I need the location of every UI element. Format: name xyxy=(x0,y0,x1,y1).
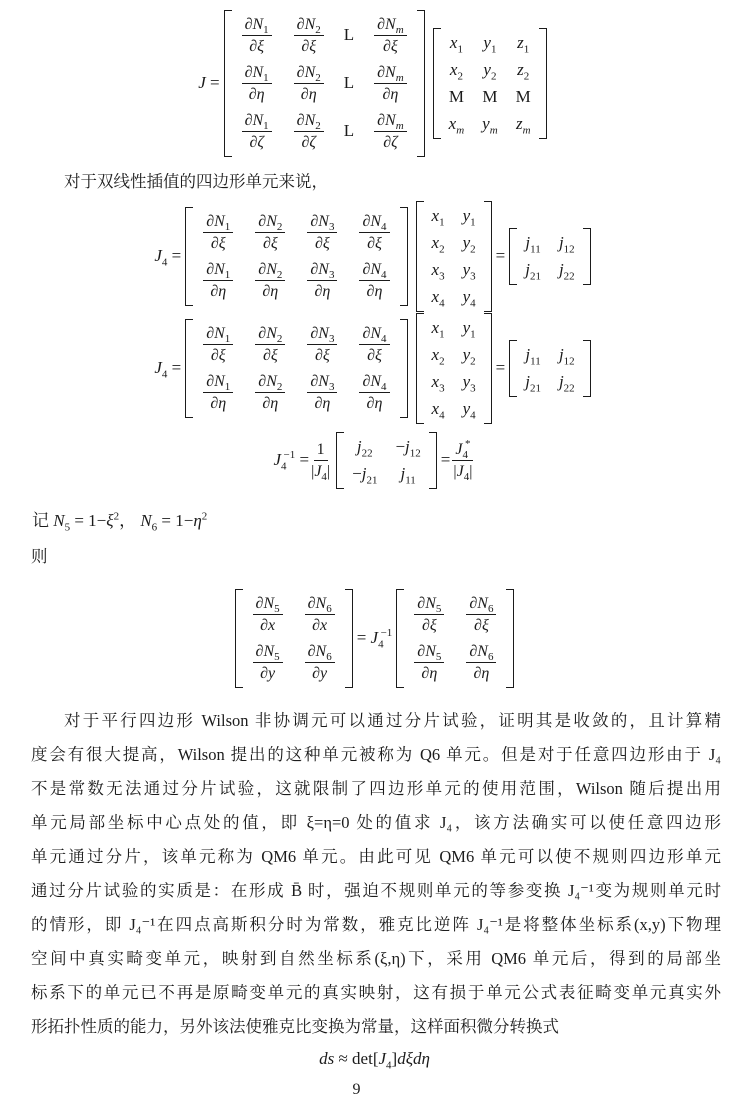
equation-jacobian-general: J = ∂N1∂ξ∂N2∂ξL∂Nm∂ξ∂N1∂η∂N2∂ηL∂Nm∂η∂N1∂… xyxy=(0,2,749,164)
subscript: 1 xyxy=(263,24,269,36)
fraction: ∂N3∂η xyxy=(307,260,337,301)
matrix-cell: ∂N2∂η xyxy=(253,260,287,301)
matrix-cell: ∂N4∂ξ xyxy=(357,212,391,253)
math-token: L xyxy=(344,25,354,44)
math-run: = xyxy=(441,450,451,470)
matrix: x1y1z1x2y2z2MMMxmymzm xyxy=(433,28,547,139)
definition-n5-n6: 记 N5 = 1−ξ2， N6 = 1−η2 xyxy=(0,496,749,540)
left-bracket xyxy=(509,228,517,285)
math-token: = xyxy=(496,358,506,377)
subscript: 5 xyxy=(274,603,280,615)
matrix-cell: ∂N3∂ξ xyxy=(305,212,339,253)
matrix-cell: y1 xyxy=(463,318,476,338)
right-bracket xyxy=(400,319,408,418)
paragraph-line: 形拓扑性质的能力，另外该法使雅克比变换为常量，这样面积微分转换式 xyxy=(31,1010,721,1044)
fraction: ∂N6∂x xyxy=(305,594,335,635)
body-paragraph: 对于平行四边形 Wilson 非协调元可以通过分片试验，证明其是收敛的，且计算精… xyxy=(0,704,749,1044)
math-token: ∂N xyxy=(310,373,329,390)
math-token: ∂N xyxy=(245,112,264,129)
matrix-cell: z2 xyxy=(517,60,529,80)
subscript: 3 xyxy=(329,269,335,281)
matrix-cell: ∂N2∂ζ xyxy=(292,111,326,152)
fraction: ∂N6∂ξ xyxy=(466,594,496,635)
subscript: 2 xyxy=(277,269,283,281)
subscript: 6 xyxy=(326,603,332,615)
math-token: ∂N xyxy=(258,325,277,342)
math-token: ∂ξ xyxy=(249,38,264,55)
math-token: ∂N xyxy=(245,64,264,81)
subscript: m xyxy=(456,124,464,136)
math-token: ∂ζ xyxy=(383,134,397,151)
equation-j4-expansion-1: J4 = ∂N1∂ξ∂N2∂ξ∂N3∂ξ∂N4∂ξ∂N1∂η∂N2∂η∂N3∂η… xyxy=(0,200,749,312)
right-bracket xyxy=(583,228,591,285)
math-token: ∂y xyxy=(312,665,327,682)
subscript: 1 xyxy=(470,328,476,340)
math-token: z xyxy=(516,114,523,133)
matrix-cell: M xyxy=(516,87,531,107)
right-bracket xyxy=(417,10,425,157)
matrix-cell: ∂N4∂η xyxy=(357,260,391,301)
math-run: 记 N5 = 1−ξ2， N6 = 1−η2 xyxy=(32,506,207,531)
right-bracket xyxy=(345,589,353,688)
matrix-cell: y4 xyxy=(463,287,476,307)
subscript: 1 xyxy=(263,120,269,132)
math-token: = xyxy=(167,358,181,377)
equation-area-differential: ds ≈ det[J4]dξdη xyxy=(0,1044,749,1074)
math-token: ∂ζ xyxy=(302,134,316,151)
fraction: ∂N5∂x xyxy=(253,594,283,635)
matrix-cell: j11 xyxy=(525,345,540,365)
subscript: 1 xyxy=(225,381,231,393)
matrix-cell: ∂N5∂x xyxy=(251,594,285,635)
math-token: ∂η xyxy=(249,86,265,103)
fraction: 1|J4| xyxy=(311,440,330,481)
math-token: M xyxy=(516,87,531,106)
math-token: ∂η xyxy=(210,283,226,300)
math-token: y xyxy=(483,33,491,52)
subscript: 22 xyxy=(362,447,373,459)
matrix-cell: y3 xyxy=(463,372,476,392)
math-token: y xyxy=(463,345,471,364)
subscript: 2 xyxy=(277,333,283,345)
math-token: ∂N xyxy=(469,643,488,660)
math-run: J = xyxy=(198,73,219,93)
superscript: 2 xyxy=(202,510,208,522)
matrix-cell: x4 xyxy=(432,287,445,307)
subscript: m xyxy=(396,120,404,132)
subscript: 21 xyxy=(530,270,541,282)
equation-j4-expansion-2: J4 = ∂N1∂ξ∂N2∂ξ∂N3∂ξ∂N4∂ξ∂N1∂η∂N2∂η∂N3∂η… xyxy=(0,312,749,424)
matrix-cell: ∂N2∂η xyxy=(253,372,287,413)
math-token: x xyxy=(432,399,440,418)
math-token: ∂N xyxy=(297,112,316,129)
fraction: ∂Nm∂ζ xyxy=(374,111,407,152)
subscript: 4 xyxy=(381,333,387,345)
matrix: j11j12j21j22 xyxy=(509,228,590,285)
matrix-cell: ∂N6∂η xyxy=(464,642,498,683)
fraction: ∂N1∂ξ xyxy=(242,15,272,56)
matrix-cell: zm xyxy=(516,114,531,134)
matrix-cell: y1 xyxy=(483,33,496,53)
matrix-cell: y2 xyxy=(463,233,476,253)
math-token: ∂ξ xyxy=(474,617,489,634)
matrix-cell: ∂N5∂η xyxy=(412,642,446,683)
math-run: J4−1 = xyxy=(274,450,310,470)
math-token: J xyxy=(154,358,162,377)
math-token: z xyxy=(517,60,524,79)
superscript: −1 xyxy=(284,449,296,461)
matrix-cell: ∂N2∂ξ xyxy=(292,15,326,56)
math-token: ∂N xyxy=(362,261,381,278)
math-token: ∂N xyxy=(310,325,329,342)
matrix: ∂N1∂ξ∂N2∂ξ∂N3∂ξ∂N4∂ξ∂N1∂η∂N2∂η∂N3∂η∂N4∂η xyxy=(185,207,407,306)
subscript: 3 xyxy=(329,221,335,233)
right-bracket xyxy=(583,340,591,397)
matrix-cell: j11 xyxy=(525,233,540,253)
math-token: ∂N xyxy=(310,213,329,230)
math-token: y xyxy=(463,233,471,252)
matrix-cell: j22 xyxy=(559,372,575,392)
math-token: ∂ξ xyxy=(383,38,398,55)
math-token: L xyxy=(344,121,354,140)
matrix-cell: x2 xyxy=(432,233,445,253)
subscript: 1 xyxy=(225,333,231,345)
matrix-cell: ∂N2∂ξ xyxy=(253,324,287,365)
math-token: y xyxy=(463,260,471,279)
matrix-cell: j22 xyxy=(357,437,373,457)
subscript: 12 xyxy=(564,355,575,367)
left-bracket xyxy=(416,313,424,424)
math-token: ∂N xyxy=(206,325,225,342)
subscript: 4 xyxy=(462,449,468,461)
then-word: 则 xyxy=(0,540,749,574)
math-run: J4 = xyxy=(154,358,181,378)
math-token: ∂N xyxy=(310,261,329,278)
math-token: ∂ξ xyxy=(315,347,330,364)
math-token: y xyxy=(463,318,471,337)
math-token: − xyxy=(352,464,362,483)
math-token: ∂η xyxy=(314,283,330,300)
matrix-cell: z1 xyxy=(517,33,529,53)
subscript: 4 xyxy=(470,297,476,309)
subscript: 2 xyxy=(277,381,283,393)
fraction: ∂N6∂y xyxy=(305,642,335,683)
math-token: J xyxy=(371,628,379,647)
left-bracket xyxy=(235,589,243,688)
fraction: ∂N2∂ξ xyxy=(294,15,324,56)
superscript: −1 xyxy=(381,627,393,639)
matrix-cell: x3 xyxy=(432,372,445,392)
matrix-cell: ∂N5∂y xyxy=(251,642,285,683)
subscript: 5 xyxy=(274,651,280,663)
math-token: M xyxy=(449,87,464,106)
fraction: ∂N2∂η xyxy=(255,372,285,413)
math-token: det xyxy=(352,1049,373,1068)
fraction: ∂N1∂η xyxy=(203,260,233,301)
math-token: ∂η xyxy=(301,86,317,103)
matrix-cell: ∂N6∂ξ xyxy=(464,594,498,635)
subscript: 2 xyxy=(315,120,321,132)
subscript: m xyxy=(396,24,404,36)
intro-sentence: 对于双线性插值的四边形单元来说， xyxy=(0,164,749,200)
subscript: 3 xyxy=(329,333,335,345)
fraction: ∂N2∂ξ xyxy=(255,324,285,365)
subscript: 4 xyxy=(281,460,287,472)
matrix-cell: ∂N1∂η xyxy=(240,63,274,104)
subscript: 1 xyxy=(524,43,530,55)
left-bracket xyxy=(224,10,232,157)
matrix-cell: y2 xyxy=(463,345,476,365)
left-bracket xyxy=(433,28,441,139)
matrix-cell: ∂N1∂ξ xyxy=(240,15,274,56)
paragraph-line: 通过分片试验的实质是：在形成 B̄ 时，强迫不规则单元的等参变换 J₄⁻¹变为规… xyxy=(31,874,721,908)
math-token: ， xyxy=(119,511,140,530)
fraction: ∂N5∂y xyxy=(253,642,283,683)
math-token: ∂ξ xyxy=(367,347,382,364)
fraction: ∂N4∂ξ xyxy=(359,212,389,253)
subscript: 2 xyxy=(315,24,321,36)
math-token: N xyxy=(140,511,151,530)
math-token: M xyxy=(482,87,497,106)
subscript: 2 xyxy=(457,70,463,82)
subscript: 4 xyxy=(378,638,384,650)
subscript: 1 xyxy=(263,72,269,84)
matrix-cell: ∂N5∂ξ xyxy=(412,594,446,635)
math-token: ∂η xyxy=(210,395,226,412)
math-token: ∂N xyxy=(258,373,277,390)
fraction: ∂N1∂η xyxy=(242,63,272,104)
math-token: y xyxy=(463,372,471,391)
matrix: ∂N5∂ξ∂N6∂ξ∂N5∂η∂N6∂η xyxy=(396,589,514,688)
left-bracket xyxy=(396,589,404,688)
math-token: ∂N xyxy=(362,213,381,230)
fraction: ∂N1∂ξ xyxy=(203,324,233,365)
matrix-cell: ∂N2∂ξ xyxy=(253,212,287,253)
subscript: 1 xyxy=(225,269,231,281)
fraction: ∂N2∂ζ xyxy=(294,111,324,152)
left-bracket xyxy=(185,207,193,306)
subscript: 1 xyxy=(470,216,476,228)
math-token: ∂N xyxy=(308,643,327,660)
right-bracket xyxy=(539,28,547,139)
math-token: ∂N xyxy=(245,16,264,33)
subscript: 3 xyxy=(439,270,445,282)
math-token: ∂η xyxy=(262,283,278,300)
subscript: 6 xyxy=(326,651,332,663)
math-token: ∂N xyxy=(377,112,396,129)
subscript: m xyxy=(490,124,498,136)
matrix-cell: −j12 xyxy=(395,437,420,457)
math-token: x xyxy=(432,345,440,364)
matrix-cell: −j21 xyxy=(352,464,377,484)
math-token: y xyxy=(463,399,471,418)
math-token: = xyxy=(357,628,371,647)
math-token: ∂N xyxy=(362,325,381,342)
subscript: 11 xyxy=(405,474,416,486)
math-token: x xyxy=(432,260,440,279)
math-token: ∂N xyxy=(308,595,327,612)
fraction: ∂N5∂η xyxy=(414,642,444,683)
subscript: 1 xyxy=(457,43,463,55)
subscript: 4 xyxy=(439,297,445,309)
subscript: 2 xyxy=(277,221,283,233)
subscript: 2 xyxy=(524,70,530,82)
math-token: L xyxy=(344,73,354,92)
matrix-cell: L xyxy=(344,25,354,45)
math-token: ∂ξ xyxy=(301,38,316,55)
matrix-cell: ∂N6∂x xyxy=(303,594,337,635)
math-token: = 1− xyxy=(157,511,193,530)
math-token: ∂N xyxy=(258,213,277,230)
math-token: ∂N xyxy=(206,373,225,390)
fraction: ∂Nm∂ξ xyxy=(374,15,407,56)
math-token: ∂N xyxy=(206,213,225,230)
math-token: = xyxy=(496,246,506,265)
matrix-cell: x1 xyxy=(432,206,445,226)
subscript: 4 xyxy=(470,409,476,421)
subscript: 6 xyxy=(488,603,494,615)
math-token: N xyxy=(53,511,64,530)
paragraph-line: 单元局部坐标中心点处的值，即 ξ=η=0 处的值求 J₄，该方法确实可以使任意四… xyxy=(31,806,721,840)
matrix-cell: x1 xyxy=(432,318,445,338)
math-token: y xyxy=(482,114,490,133)
right-bracket xyxy=(429,432,437,489)
paragraph-line: 标系下的单元已不再是原畸变单元的真实映射，这有损于单元公式表征畸变单元真实外 xyxy=(31,976,721,1010)
math-token: ∂y xyxy=(260,665,275,682)
math-run: = xyxy=(496,246,506,266)
subscript: 3 xyxy=(470,270,476,282)
math-token: dξdη xyxy=(397,1049,430,1068)
math-token: J xyxy=(378,1049,386,1068)
math-token: J xyxy=(457,463,464,480)
matrix-cell: M xyxy=(449,87,464,107)
subscript: 2 xyxy=(439,243,445,255)
math-token: ∂ξ xyxy=(315,235,330,252)
math-token: ∂N xyxy=(206,261,225,278)
math-token: ∂ξ xyxy=(367,235,382,252)
paragraph-line: 度会有很大提高，Wilson 提出的这种单元被称为 Q6 单元。但是对于任意四边… xyxy=(31,738,721,772)
matrix-cell: j12 xyxy=(559,345,575,365)
math-token: ∂N xyxy=(362,373,381,390)
paragraph-line: 不是常数无法通过分片试验，这就限制了四边形单元的使用范围，Wilson 随后提出… xyxy=(31,772,721,806)
matrix-cell: x4 xyxy=(432,399,445,419)
subscript: 5 xyxy=(436,651,442,663)
matrix-cell: x1 xyxy=(450,33,463,53)
fraction: ∂N3∂ξ xyxy=(307,212,337,253)
math-token: x xyxy=(432,206,440,225)
math-token: ∂N xyxy=(417,643,436,660)
matrix-cell: y4 xyxy=(463,399,476,419)
subscript: 22 xyxy=(564,270,575,282)
math-token: ∂N xyxy=(297,16,316,33)
matrix-cell: ∂N1∂ξ xyxy=(201,324,235,365)
math-token: ∂N xyxy=(256,595,275,612)
subscript: m xyxy=(523,124,531,136)
math-token: x xyxy=(432,372,440,391)
matrix-cell: L xyxy=(344,73,354,93)
equation-j4-inverse: J4−1 = 1|J4|j22−j12−j21j11 = J4*|J4| xyxy=(0,424,749,496)
math-token: ∂η xyxy=(473,665,489,682)
math-token: ∂N xyxy=(377,16,396,33)
matrix-cell: ∂N2∂η xyxy=(292,63,326,104)
math-token: x xyxy=(432,233,440,252)
fraction: ∂Nm∂η xyxy=(374,63,407,104)
math-token: ∂N xyxy=(258,261,277,278)
math-token: ξ xyxy=(106,511,113,530)
matrix-cell: ∂N3∂η xyxy=(305,372,339,413)
paragraph-line: 对于平行四边形 Wilson 非协调元可以通过分片试验，证明其是收敛的，且计算精 xyxy=(31,704,721,738)
math-token: x xyxy=(432,318,440,337)
subscript: 1 xyxy=(439,216,445,228)
matrix-cell: ym xyxy=(482,114,498,134)
math-token: ∂ξ xyxy=(263,347,278,364)
matrix: x1y1x2y2x3y3x4y4 xyxy=(416,201,492,312)
matrix-cell: ∂N1∂ζ xyxy=(240,111,274,152)
matrix-cell: ∂N4∂η xyxy=(357,372,391,413)
math-token: ∂ξ xyxy=(263,235,278,252)
subscript: 4 xyxy=(381,221,387,233)
matrix-cell: ∂Nm∂ζ xyxy=(372,111,409,152)
math-token: ∂η xyxy=(367,283,383,300)
paragraph-line: 单元通过分片，该单元称为 QM6 单元。由此可见 QM6 单元可以使不规则四边形… xyxy=(31,840,721,874)
matrix-cell: j11 xyxy=(400,464,415,484)
math-token: ∂ξ xyxy=(211,347,226,364)
subscript: 4 xyxy=(381,381,387,393)
math-token: ∂N xyxy=(256,643,275,660)
fraction: ∂N5∂ξ xyxy=(414,594,444,635)
fraction: ∂N4∂η xyxy=(359,372,389,413)
math-token: 1 xyxy=(317,441,325,458)
subscript: 12 xyxy=(410,447,421,459)
matrix-cell: j21 xyxy=(525,372,541,392)
matrix-cell: ∂N3∂η xyxy=(305,260,339,301)
math-token: ∂N xyxy=(469,595,488,612)
fraction: ∂N1∂ξ xyxy=(203,212,233,253)
math-token: = 1− xyxy=(70,511,106,530)
paragraph-line: 的情形，即 J₄⁻¹在四点高斯积分时为常数，雅克比逆阵 J₄⁻¹是将整体坐标系(… xyxy=(31,908,721,942)
math-token: ∂N xyxy=(297,64,316,81)
math-token: y xyxy=(463,287,471,306)
subscript: 3 xyxy=(329,381,335,393)
subscript: 4 xyxy=(381,269,387,281)
matrix-cell: ∂Nm∂ξ xyxy=(372,15,409,56)
right-bracket xyxy=(400,207,408,306)
math-run: J4 = xyxy=(154,246,181,266)
fraction: ∂N4∂ξ xyxy=(359,324,389,365)
math-token: ∂η xyxy=(421,665,437,682)
math-token: 记 xyxy=(32,511,53,530)
matrix-cell: j21 xyxy=(525,260,541,280)
math-token: = xyxy=(295,450,309,469)
math-token: ∂x xyxy=(260,617,275,634)
fraction: ∂N3∂η xyxy=(307,372,337,413)
subscript: 1 xyxy=(439,328,445,340)
subscript: 12 xyxy=(564,243,575,255)
left-bracket xyxy=(336,432,344,489)
left-bracket xyxy=(416,201,424,312)
math-token: ∂x xyxy=(312,617,327,634)
math-run: ds ≈ det[J4]dξdη xyxy=(319,1049,430,1069)
math-token: | xyxy=(469,463,472,480)
subscript: 2 xyxy=(470,355,476,367)
math-token: J xyxy=(154,246,162,265)
math-token: ∂N xyxy=(377,64,396,81)
matrix-cell: j22 xyxy=(559,260,575,280)
fraction: ∂N1∂ζ xyxy=(242,111,272,152)
right-bracket xyxy=(506,589,514,688)
math-token: ≈ xyxy=(334,1049,352,1068)
fraction: ∂N2∂ξ xyxy=(255,212,285,253)
